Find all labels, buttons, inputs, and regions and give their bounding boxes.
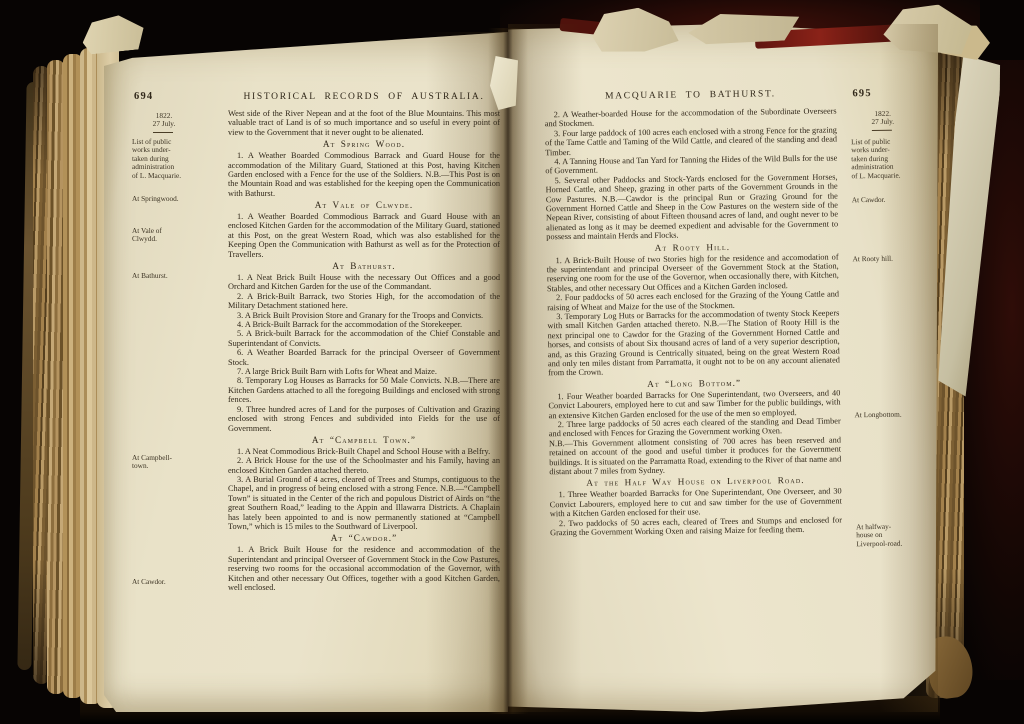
margin-note-rooty-hill: At Rooty hill. (853, 254, 917, 263)
paragraph: 1. Four Weather boarded Barracks for One… (548, 388, 840, 420)
margin-note-cawdor: At Cawdor. (852, 195, 916, 204)
paragraph: 3. A Brick Built Provision Store and Gra… (228, 311, 500, 320)
paragraph: 9. Three hundred acres of Land for the p… (228, 405, 500, 433)
paragraph: 1. A Neat Commodious Brick-Built Chapel … (228, 447, 500, 456)
right-running-header: MACQUARIE TO BATHURST. (544, 88, 836, 102)
margin-date-rule (872, 130, 892, 131)
paragraph: 1. A Brick-Built House of two Stories hi… (547, 252, 839, 293)
left-body-column: West side of the River Nepean and at the… (228, 109, 500, 592)
left-running-header: HISTORICAL RECORDS OF AUSTRALIA. (228, 92, 500, 102)
paragraph: 1. A Weather Boarded Commodious Barrack … (228, 212, 500, 259)
paragraph: 2. A Brick-Built Barrack, two Stories Hi… (228, 292, 500, 311)
margin-note-bathurst: At Bathurst. (132, 272, 196, 280)
margin-date-day: 27 July. (849, 117, 917, 126)
margin-note-admin: List of public works under- taken during… (851, 137, 916, 180)
section-heading-vale-of-clwyde: At Vale of Clwyde. (228, 201, 500, 210)
section-heading-campbell-town: At “Campbell Town.” (228, 436, 500, 445)
paragraph: 3. Four large paddock of 100 acres each … (545, 125, 837, 157)
margin-date-rule (153, 132, 173, 133)
book-photograph: 694 HISTORICAL RECORDS OF AUSTRALIA. 182… (0, 0, 1024, 724)
paragraph: 8. Temporary Log Houses as Barracks for … (228, 376, 500, 404)
paragraph: 5. Several other Paddocks and Stock-Yard… (545, 172, 838, 242)
left-margin-column: 1822. 27 July. List of public works unde… (130, 110, 198, 700)
paragraph: 4. A Brick-Built Barrack for the accommo… (228, 320, 500, 329)
paragraph: 1. A Brick Built House for the residence… (228, 545, 500, 592)
torn-page-corner-top-left (80, 13, 145, 55)
margin-note-springwood: At Springwood. (132, 195, 196, 203)
paragraph: 6. A Weather Boarded Barrack for the pri… (228, 348, 500, 367)
margin-note-cawdor: At Cawdor. (132, 578, 196, 586)
paragraph: 3. A Burial Ground of 4 acres, cleared o… (228, 475, 500, 531)
margin-date-day: 27 July. (130, 120, 198, 128)
margin-note-campbelltown: At Campbell- town. (132, 454, 196, 471)
right-page-content: MACQUARIE TO BATHURST. 695 1822. 27 July… (504, 21, 943, 715)
right-body-column: 2. A Weather-boarded House for the accom… (545, 106, 843, 537)
paragraph: 7. A large Brick Built Barn with Lofts f… (228, 367, 500, 376)
paragraph: 1. Three Weather boarded Barracks for On… (550, 487, 842, 519)
paragraph: 2. A Brick House for the use of the Scho… (228, 456, 500, 475)
section-heading-bathurst: At Bathurst. (228, 262, 500, 271)
section-heading-cawdor: At “Cawdor.” (228, 534, 500, 543)
margin-note-admin: List of public works under- taken during… (132, 138, 196, 180)
paragraph: 3. Temporary Log Huts or Barracks for th… (547, 309, 840, 379)
right-page-number: 695 (852, 88, 872, 99)
section-heading-spring-wood: At Spring Wood. (228, 140, 500, 149)
margin-note-halfway-house: At halfway- house on Liverpool-road. (856, 522, 920, 548)
left-page-number: 694 (134, 91, 153, 102)
margin-note-longbottom: At Longbottom. (855, 410, 919, 419)
paragraph: West side of the River Nepean and at the… (228, 109, 500, 137)
paragraph: N.B.—This Government allotment consistin… (549, 435, 841, 476)
paragraph: 2. Two paddocks of 50 acres each, cleare… (550, 515, 842, 538)
paragraph: 1. A Neat Brick Built House with the nec… (228, 273, 500, 292)
right-margin-column: 1822. 27 July. List of public works unde… (849, 107, 924, 608)
margin-note-vale-of-clwydd: At Vale of Clwydd. (132, 227, 196, 244)
paragraph: 5. A Brick-built Barrack for the accommo… (228, 329, 500, 348)
paragraph: 1. A Weather Boarded Commodious Barrack … (228, 151, 500, 198)
